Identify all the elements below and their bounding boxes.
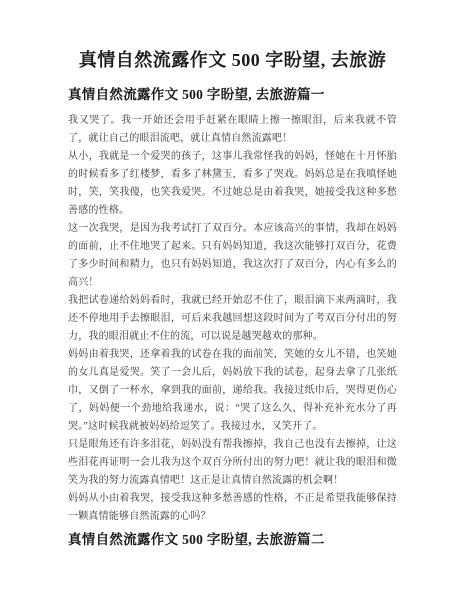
document-title: 真情自然流露作文 500 字盼望, 去旅游 — [68, 48, 397, 72]
document-page: 真情自然流露作文 500 字盼望, 去旅游 真情自然流露作文 500 字盼望, … — [0, 0, 463, 600]
section-heading-part2: 真情自然流露作文 500 字盼望, 去旅游篇二 — [68, 531, 397, 549]
section-heading-part1: 真情自然流露作文 500 字盼望, 去旅游篇一 — [68, 86, 397, 104]
paragraph-6: 只是眼角还有许多泪花，妈妈没有帮我擦掉，我自己也没有去擦掉，让这些泪花再证明一会… — [68, 436, 397, 490]
paragraph-4: 我把试卷递给妈妈看时，我就已经开始忍不住了，眼泪滴下来两滴时，我还不停地用手去擦… — [68, 292, 397, 346]
essay-body: 我又哭了。我一开始还会用手赶紧在眼睛上擦一擦眼泪，后来我就不管了，就让自己的眼泪… — [68, 112, 397, 526]
paragraph-3: 这一次我哭，是因为我考试打了双百分。本应该高兴的事情，我却在妈妈的面前，止不住地… — [68, 220, 397, 292]
paragraph-2: 从小，我就是一个爱哭的孩子，这事儿我常怪我的妈妈，怪她在十月怀胎的时候看多了红楼… — [68, 148, 397, 220]
paragraph-7: 妈妈从小由着我哭，接受我这种多愁善感的性格，不正是希望我能够保持一颗真情能够自然… — [68, 490, 397, 526]
paragraph-1: 我又哭了。我一开始还会用手赶紧在眼睛上擦一擦眼泪，后来我就不管了，就让自己的眼泪… — [68, 112, 397, 148]
paragraph-5: 妈妈由着我哭，还拿着我的试卷在我的面前笑，笑她的女儿不错，也笑她的女儿真是爱哭。… — [68, 346, 397, 436]
